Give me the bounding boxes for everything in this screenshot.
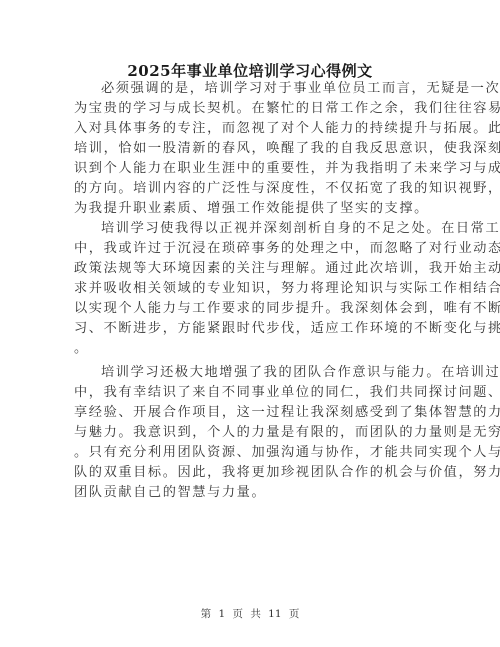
text-line: 队的双重目标。因此，我将更加珍视团队合作的机会与价值，努力为 (74, 463, 420, 483)
text-line: 享经验、开展合作项目，这一过程让我深刻感受到了集体智慧的力量 (74, 403, 420, 423)
document-title: 2025年事业单位培训学习心得例文 (0, 60, 500, 81)
text-line: 政策法规等大环境因素的关注与理解。通过此次培训，我开始主动寻 (74, 259, 420, 279)
text-line: 中，我或许过于沉浸在琐碎事务的处理之中，而忽略了对行业动态、 (74, 239, 420, 259)
paragraph-2: 培训学习使我得以正视并深刻剖析自身的不足之处。在日常工作 中，我或许过于沉浸在琐… (74, 219, 420, 359)
text-line: 中，我有幸结识了来自不同事业单位的同仁，我们共同探讨问题、分 (74, 383, 420, 403)
text-line: 为我提升职业素质、增强工作效能提供了坚实的支撑。 (74, 199, 420, 219)
text-line: 与魅力。我意识到，个人的力量是有限的，而团队的力量则是无穷的 (74, 423, 420, 443)
text-line: 为宝贵的学习与成长契机。在繁忙的日常工作之余，我们往往容易陷 (74, 99, 420, 119)
paragraph-3: 培训学习还极大地增强了我的团队合作意识与能力。在培训过程 中，我有幸结识了来自不… (74, 363, 420, 503)
text-line: 培训学习使我得以正视并深刻剖析自身的不足之处。在日常工作 (74, 219, 420, 239)
document-page: 2025年事业单位培训学习心得例文 必须强调的是，培训学习对于事业单位员工而言，… (0, 0, 500, 647)
document-body: 必须强调的是，培训学习对于事业单位员工而言，无疑是一次极 为宝贵的学习与成长契机… (74, 79, 420, 503)
text-line: 。只有充分利用团队资源、加强沟通与协作，才能共同实现个人与团 (74, 443, 420, 463)
text-line: 团队贡献自己的智慧与力量。 (74, 483, 420, 503)
text-line: 求并吸收相关领域的专业知识，努力将理论知识与实际工作相结合， (74, 279, 420, 299)
paragraph-1: 必须强调的是，培训学习对于事业单位员工而言，无疑是一次极 为宝贵的学习与成长契机… (74, 79, 420, 219)
text-line: 必须强调的是，培训学习对于事业单位员工而言，无疑是一次极 (74, 79, 420, 99)
text-line: 以实现个人能力与工作要求的同步提升。我深刻体会到，唯有不断学 (74, 299, 420, 319)
text-line: 。 (74, 339, 420, 359)
text-line: 识到个人能力在职业生涯中的重要性，并为我指明了未来学习与成长 (74, 159, 420, 179)
text-line: 的方向。培训内容的广泛性与深度性，不仅拓宽了我的知识视野，更 (74, 179, 420, 199)
text-line: 培训，恰如一股清新的春风，唤醒了我的自我反思意识，使我深刻认 (74, 139, 420, 159)
text-line: 入对具体事务的专注，而忽视了对个人能力的持续提升与拓展。此次 (74, 119, 420, 139)
text-line: 习、不断进步，方能紧跟时代步伐，适应工作环境的不断变化与挑战 (74, 319, 420, 339)
text-line: 培训学习还极大地增强了我的团队合作意识与能力。在培训过程 (74, 363, 420, 383)
page-number-footer: 第 1 页 共 11 页 (0, 606, 500, 621)
